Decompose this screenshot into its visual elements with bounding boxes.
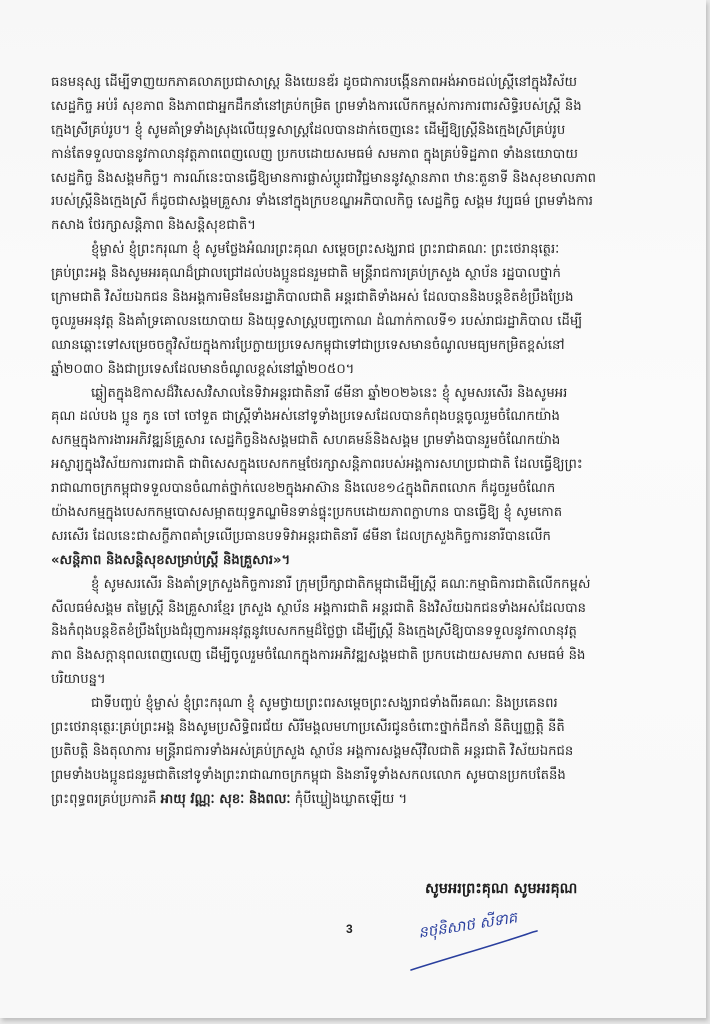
- text-line: គ្រប់ព្រះអង្គ និងសូមអរគុណដ៏ជ្រាលជ្រៅដល់ប…: [51, 262, 659, 286]
- document-page: ធនមនុស្ស ដើម្បីទាញយកភាគលាភប្រជាសាស្ត្រ ន…: [0, 0, 706, 1018]
- text-line: អស្ចារ្យក្នុងវិស័យការពារជាតិ ជាពិសេសក្នុ…: [51, 453, 659, 477]
- text-line: សីលធម៌សង្គម តម្លៃស្ត្រី និងគ្រួសារខ្មែរ …: [51, 597, 659, 621]
- text-line: ចូលរួមអនុវត្ត និងគាំទ្រគោលនយោបាយ និងយុទ្…: [51, 310, 659, 334]
- text-line: ធនមនុស្ស ដើម្បីទាញយកភាគលាភប្រជាសាស្ត្រ ន…: [51, 71, 659, 95]
- text-line: ក្មេងស្រីគ្រប់រូប។ ខ្ញុំ សូមគាំទ្រទាំងស្…: [51, 119, 659, 143]
- text-line: ព្រមទាំងបងប្អូនជនរួមជាតិនៅទូទាំងព្រះរាជា…: [51, 764, 659, 788]
- text-line: បរិយាបន្ន។: [51, 668, 659, 692]
- text-line: ក្រោមជាតិ វិស័យឯកជន និងអង្គការមិនមែនរដ្ឋ…: [51, 286, 659, 310]
- text-line: ឆ្នាំ២០៣០ និងជាប្រទេសដែលមានចំណូលខ្ពស់នៅឆ…: [51, 358, 659, 382]
- text-line: ឆ្លៀតក្នុងឱកាសដ៏វិសេសវិសាលនៃទិវាអន្តរជាត…: [51, 382, 659, 406]
- text-line: ព្រះថេរានុត្ថេរៈគ្រប់ព្រះអង្គ និងសូមប្រស…: [51, 716, 659, 740]
- text-line: យ៉ាងសកម្មក្នុងបេសកកម្មបោសសម្អាតយុទ្ធភណ្ឌ…: [51, 501, 659, 525]
- text-line: ខ្ញុំម្ចាស់ ខ្ញុំព្រះករុណា ខ្ញុំ សូមថ្លែ…: [51, 238, 659, 262]
- text-line: របស់ស្ត្រីនិងក្មេងស្រី ក៏ដូចជាសង្គមគ្រួស…: [51, 190, 659, 214]
- text-line: ប្រតិបត្តិ និងតុលាការ មន្ត្រីរាជការទាំងអ…: [51, 740, 659, 764]
- paragraph-5: ជាទីបញ្ចប់ ខ្ញុំម្ចាស់ ខ្ញុំព្រះករុណា ខ្…: [51, 692, 659, 811]
- text-line-blessing: ព្រះពុទ្ធពរគ្រប់ប្រការគឺ អាយុ វណ្ណៈ សុខៈ…: [51, 788, 659, 812]
- paragraph-2: ខ្ញុំម្ចាស់ ខ្ញុំព្រះករុណា ខ្ញុំ សូមថ្លែ…: [51, 238, 659, 381]
- text-line: ឈានឆ្ពោះទៅសម្រេចចក្ខុវិស័យក្នុងការប្រែក្…: [51, 334, 659, 358]
- blessing-prefix: ព្រះពុទ្ធពរគ្រប់ប្រការគឺ: [51, 792, 161, 807]
- document-body: ធនមនុស្ស ដើម្បីទាញយកភាគលាភប្រជាសាស្ត្រ ន…: [51, 71, 659, 812]
- closing-thanks: សូមអរព្រះគុណ សូមអរគុណ: [425, 880, 577, 901]
- blessing-emphasis: អាយុ វណ្ណៈ សុខៈ និងពលៈ: [161, 792, 291, 807]
- text-line: កសាង ថែរក្សាសន្តិភាព និងសន្តិសុខជាតិ។: [51, 214, 659, 238]
- blessing-suffix: កុំបីឃ្លៀងឃ្លាតឡើយ ។: [291, 792, 408, 807]
- paragraph-1: ធនមនុស្ស ដើម្បីទាញយកភាគលាភប្រជាសាស្ត្រ ន…: [51, 71, 659, 238]
- text-line: រាជាណាចក្រកម្ពុជាទទួលបានចំណាត់ថ្នាក់លេខ២…: [51, 477, 659, 501]
- text-line: ភាព និងសក្តានុពលពេញលេញ ដើម្បីចូលរួមចំណែក…: [51, 644, 659, 668]
- text-line: គុណ ដល់បង ប្អូន កូន ចៅ ចៅទួត ជាស្ត្រីទាំ…: [51, 405, 659, 429]
- page-number: 3: [346, 922, 353, 936]
- text-line: ខ្ញុំ សូមសរសើរ និងគាំទ្រក្រសួងកិច្ចការនា…: [51, 573, 659, 597]
- signature-stroke-icon: [405, 912, 565, 972]
- paragraph-3: ឆ្លៀតក្នុងឱកាសដ៏វិសេសវិសាលនៃទិវាអន្តរជាត…: [51, 382, 659, 573]
- text-line: សកម្មក្នុងការងារអភិវឌ្ឍន៍គ្រួសារ សេដ្ឋកិ…: [51, 429, 659, 453]
- text-line: សេដ្ឋកិច្ច អប់រំ សុខភាព និងភាពជាអ្នកដឹកន…: [51, 95, 659, 119]
- text-line: ជាទីបញ្ចប់ ខ្ញុំម្ចាស់ ខ្ញុំព្រះករុណា ខ្…: [51, 692, 659, 716]
- signature: នថុនិសាថ សីទាគ: [405, 912, 565, 972]
- paragraph-4: ខ្ញុំ សូមសរសើរ និងគាំទ្រក្រសួងកិច្ចការនា…: [51, 573, 659, 692]
- text-line: សរសើរ ដែលនេះជាសក្ខីភាពគាំទ្រលើប្រធានបទទិ…: [51, 525, 659, 549]
- text-line: និងកំពុងបន្តខិតខំប្រឹងប្រែងជំរុញការអនុវត…: [51, 620, 659, 644]
- text-line: កាន់តែទទួលបាននូវកាលានុវត្តភាពពេញលេញ ប្រក…: [51, 143, 659, 167]
- theme-quote: «សន្តិភាព និងសន្តិសុខសម្រាប់ស្ត្រី និងគ្…: [51, 549, 659, 573]
- text-line: សេដ្ឋកិច្ច និងសង្គមកិច្ច។ ការណ៍នេះបានធ្វ…: [51, 167, 659, 191]
